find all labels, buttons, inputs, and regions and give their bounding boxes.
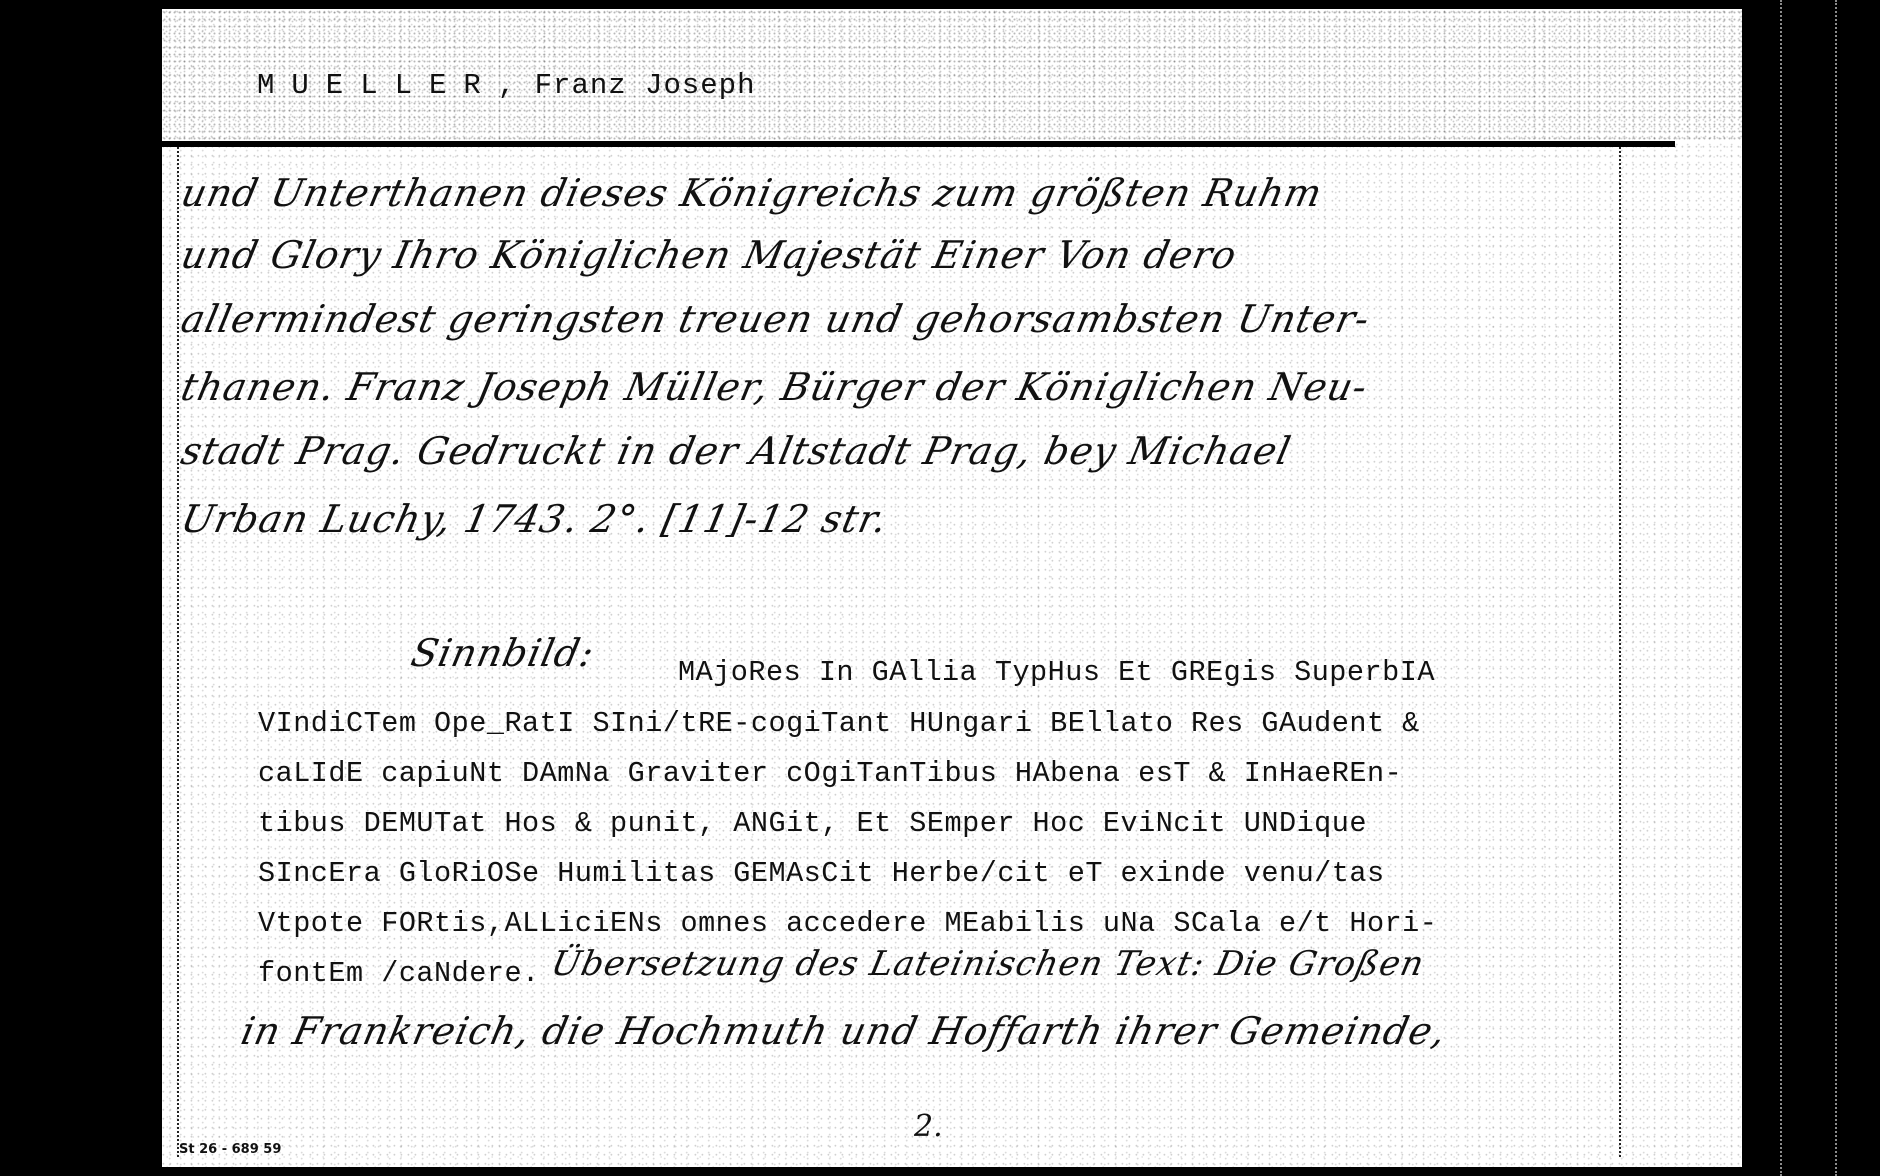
chronogram-line: fontEm /caNdere. [258, 957, 540, 990]
author-surname: MUELLER [257, 69, 498, 102]
chronogram-line: VIndiCTem Ope_RatI SIni/tRE-cogiTant HUn… [258, 707, 1420, 740]
catalog-card: MUELLER, Franz Joseph und Unterthanen di… [162, 9, 1742, 1167]
handwritten-line: und Glory Ihro Königlichen Majestät Eine… [177, 233, 1241, 277]
chronogram-line: SIncEra GloRiOSe Humilitas GEMAsCit Herb… [258, 857, 1385, 890]
handwritten-line: thanen. Franz Joseph Müller, Bürger der … [177, 365, 1371, 409]
handwritten-line: und Unterthanen dieses Königreichs zum g… [177, 171, 1326, 215]
chronogram-label: Sinnbild: [407, 631, 598, 675]
page-number: 2. [914, 1109, 943, 1144]
left-margin-line [177, 147, 179, 1157]
footer-code: St 26 - 689 59 [179, 1142, 281, 1157]
title-separator: , [498, 69, 516, 102]
handwritten-line: stadt Prag. Gedruckt in der Altstadt Pra… [177, 429, 1295, 473]
scan-streak [1835, 0, 1839, 1176]
card-title: MUELLER, Franz Joseph [257, 69, 755, 102]
handwritten-line: Urban Luchy, 1743. 2°. [11]-12 str. [177, 497, 891, 541]
translation-line: in Frankreich, die Hochmuth und Hoffarth… [237, 1009, 1450, 1053]
handwritten-line: allermindest geringsten treuen und gehor… [177, 297, 1374, 341]
chronogram-line: MAjoRes In GAllia TypHus Et GREgis Super… [678, 656, 1435, 689]
translation-line: Übersetzung des Lateinischen Text: Die G… [548, 944, 1428, 984]
chronogram-line: caLIdE capiuNt DAmNa Graviter cOgiTanTib… [258, 757, 1402, 790]
author-given-names: Franz Joseph [535, 69, 756, 102]
chronogram-line: tibus DEMUTat Hos & punit, ANGit, Et SEm… [258, 807, 1367, 840]
header-rule [162, 141, 1675, 147]
right-margin-line [1619, 147, 1621, 1157]
scan-streak [1780, 0, 1784, 1176]
chronogram-line: Vtpote FORtis,ALLiciENs omnes accedere M… [258, 907, 1437, 940]
